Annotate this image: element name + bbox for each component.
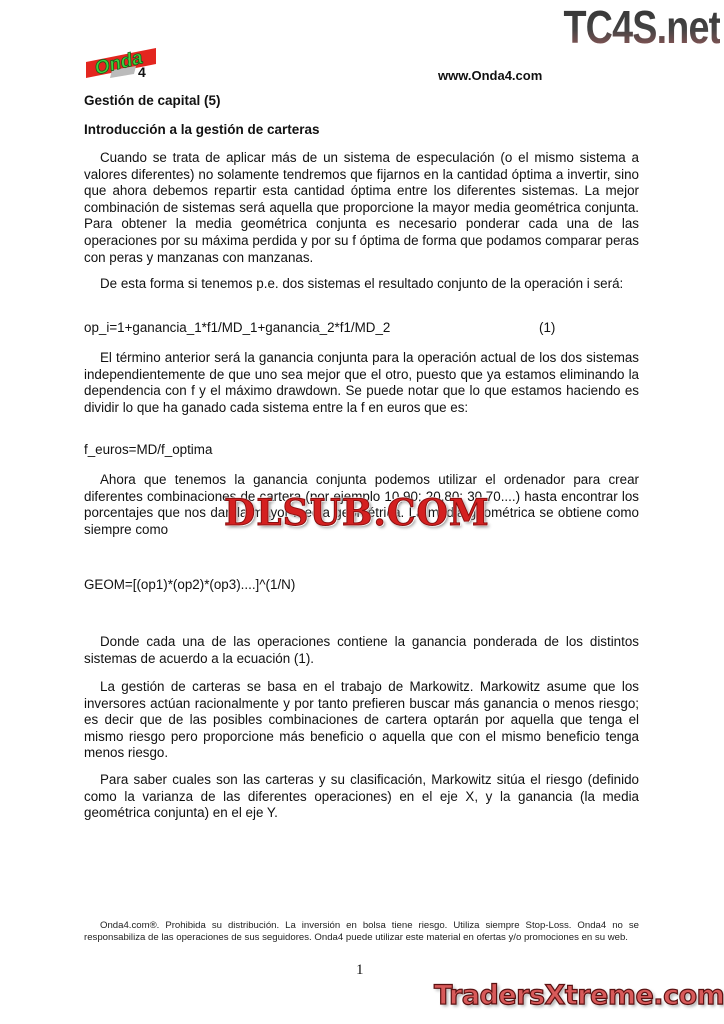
paragraph-1: Cuando se trata de aplicar más de un sis… <box>84 150 639 266</box>
onda4-logo: Onda 4 <box>84 40 160 80</box>
dlsub-watermark: DLSUB.COM <box>224 493 490 533</box>
paragraph-5: Donde cada una de las operaciones contie… <box>84 634 639 667</box>
site-url: www.Onda4.com <box>438 68 542 83</box>
logo-number: 4 <box>138 64 146 80</box>
tradersxtreme-watermark: TradersXtreme.com <box>434 980 724 1011</box>
tc4s-watermark: TC4S.net <box>563 2 720 52</box>
paragraph-3: El término anterior será la ganancia con… <box>84 350 639 416</box>
formula-f-euros: f_euros=MD/f_optima <box>84 442 212 457</box>
equation-number: (1) <box>539 320 555 335</box>
formula-op-i: op_i=1+ganancia_1*f1/MD_1+ganancia_2*f1/… <box>84 320 390 335</box>
footer-disclaimer: Onda4.com®. Prohibida su distribución. L… <box>84 920 639 944</box>
section-heading: Introducción a la gestión de carteras <box>84 122 320 137</box>
paragraph-2: De esta forma si tenemos p.e. dos sistem… <box>84 276 639 293</box>
page-number: 1 <box>356 962 364 979</box>
document-title: Gestión de capital (5) <box>84 93 221 108</box>
paragraph-6: La gestión de carteras se basa en el tra… <box>84 679 639 762</box>
formula-geom: GEOM=[(op1)*(op2)*(op3)....]^(1/N) <box>84 577 295 592</box>
paragraph-7: Para saber cuales son las carteras y su … <box>84 772 639 822</box>
